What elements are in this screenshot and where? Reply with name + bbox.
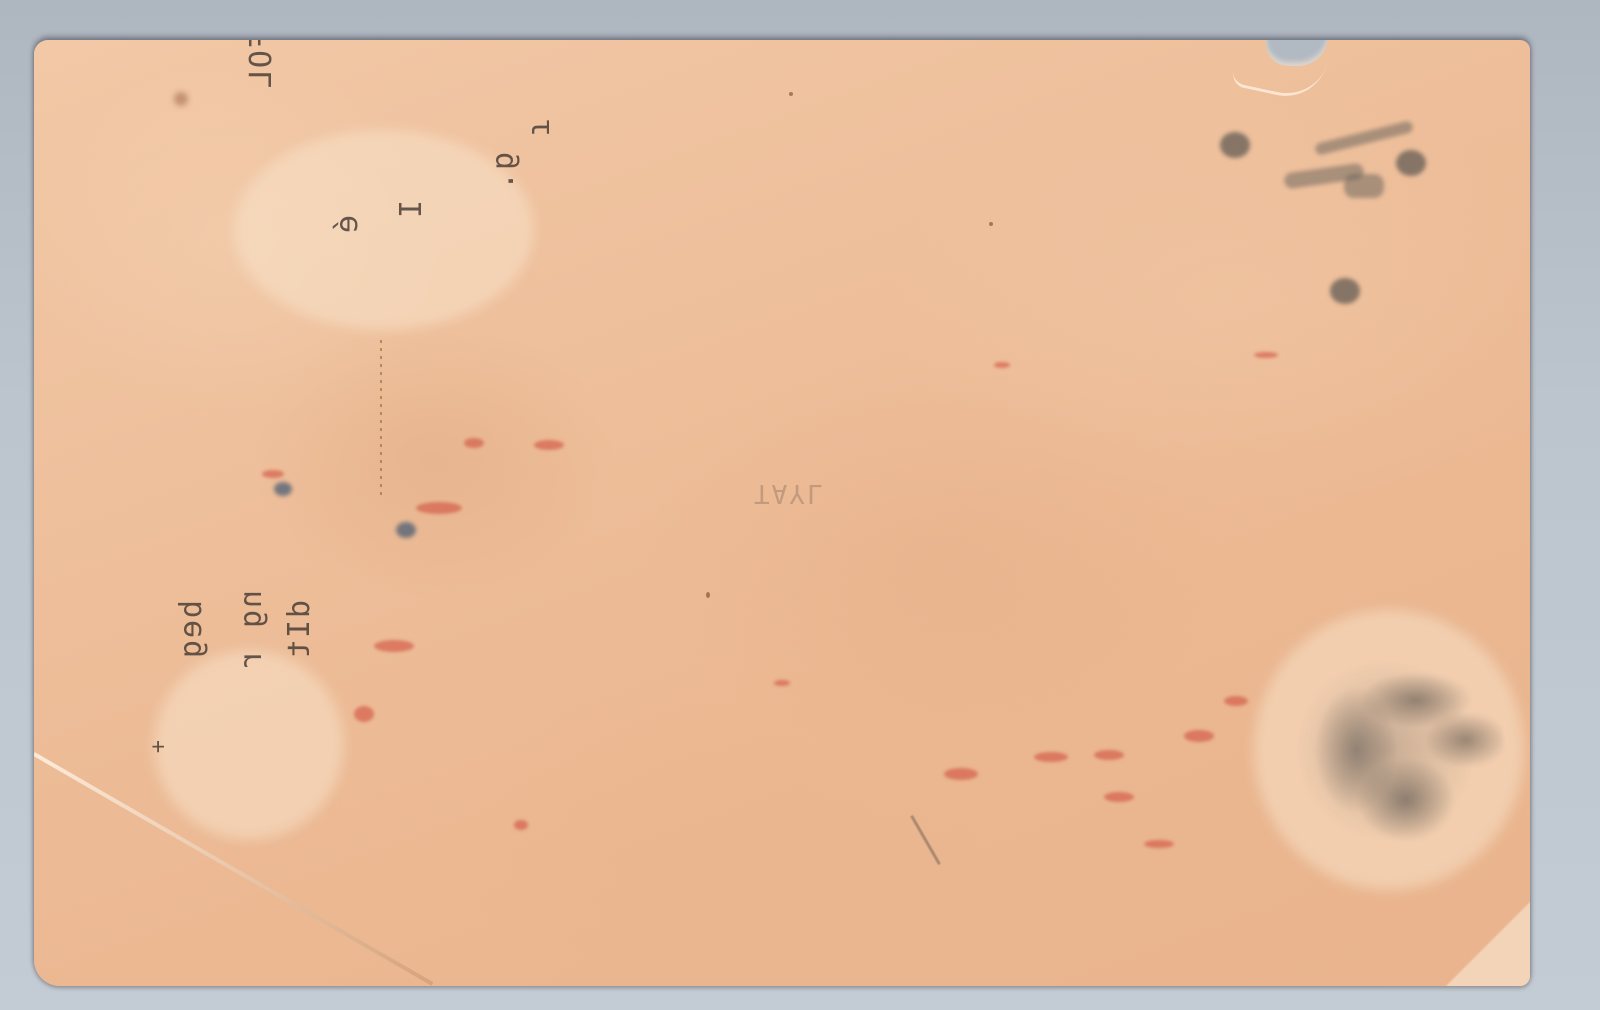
red-speckle [1094, 750, 1124, 760]
red-speckle [994, 362, 1010, 368]
ink-dot [1396, 150, 1426, 176]
red-speckle [534, 440, 564, 450]
red-speckle [1034, 752, 1068, 762]
bleed-text: é [330, 215, 365, 235]
postcard-back: JFOL é I g. ɾ beg ng r dIt + TAYL [34, 40, 1530, 986]
worn-corner-bottom-right [1444, 890, 1530, 986]
red-speckle [1254, 352, 1278, 358]
red-speckle [514, 820, 528, 830]
bleed-text: ɾ [522, 118, 557, 138]
bleed-text: g. [486, 152, 521, 192]
speck [789, 92, 793, 96]
red-speckle [1184, 730, 1214, 742]
red-speckle [464, 438, 484, 448]
bleed-text: JFOL [244, 40, 279, 90]
thumbprint-smudge [1266, 630, 1504, 875]
red-speckle [416, 502, 462, 514]
speck [706, 592, 710, 598]
red-speckle [774, 680, 790, 686]
age-spot [174, 92, 188, 106]
ink-dot [1220, 132, 1250, 158]
red-speckle [1144, 840, 1174, 848]
bleed-text: beg [174, 600, 209, 660]
speck [989, 222, 993, 226]
worn-patch [154, 650, 344, 840]
bleed-text-faint: TAYL [754, 478, 825, 508]
ink-stroke [1314, 120, 1414, 156]
bleed-text: ng r [234, 590, 269, 670]
blue-ink-mark [274, 482, 292, 496]
bleed-text: dIt [282, 600, 317, 660]
scratch [910, 815, 941, 865]
red-speckle [374, 640, 414, 652]
red-speckle [1224, 696, 1248, 706]
bleed-text: I [394, 200, 429, 220]
dotted-bleed-line [380, 340, 382, 500]
ink-dot [1330, 278, 1360, 304]
red-speckle [354, 706, 374, 722]
blue-ink-mark [396, 522, 416, 538]
red-speckle [944, 768, 978, 780]
red-speckle [262, 470, 284, 478]
ink-stroke [1344, 174, 1384, 198]
bleed-text: + [146, 740, 171, 755]
red-speckle [1104, 792, 1134, 802]
